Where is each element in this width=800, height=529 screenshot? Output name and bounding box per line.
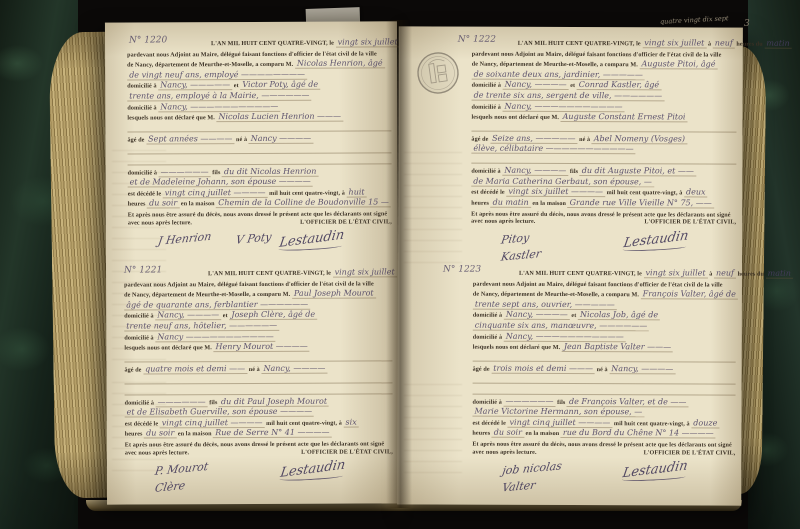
declarant-signature: Clère (154, 477, 209, 495)
signatures-row: job nicolasValterLestaudin (472, 462, 735, 493)
ruled-blank-line (473, 383, 736, 395)
handwritten-text: Henry Mourot ———— (213, 342, 309, 352)
declarant-signatures: P. MourotClère (155, 462, 209, 492)
death-record-act-1222: N° 1222 L'AN MIL HUIT CENT QUATRE-VINGT,… (471, 36, 737, 263)
printed-text: lesquels nous ont déclaré que M. (124, 345, 213, 351)
declarant-signature: Kastler (500, 247, 542, 264)
register-right-page: N° 1222 L'AN MIL HUIT CENT QUATRE-VINGT,… (397, 26, 743, 505)
printed-text: avec nous après lecture. (128, 218, 192, 229)
printed-text: heures du (736, 272, 766, 278)
printed-text: lesquels nous ont déclaré que M. (472, 115, 561, 121)
printed-text: âgé de (473, 367, 492, 373)
ruled-blank-line (473, 372, 736, 384)
ruled-blank-line (471, 120, 736, 132)
act-body: L'AN MIL HUIT CENT QUATRE-VINGT, le ving… (127, 35, 392, 228)
ruled-blank-line (471, 153, 736, 165)
folio-number: 3 (744, 19, 750, 29)
form-line: lesquels nous ont déclaré que M. Jean Ba… (473, 340, 736, 352)
handwritten-text: Sept années ———— (146, 134, 234, 144)
handwritten-text: élève, célibataire ——————————— (471, 144, 635, 155)
form-line: heures du matin en la maison Grande rue … (471, 196, 736, 208)
form-line: avec nous après lecture.L'OFFICIER DE L'… (128, 217, 392, 229)
handwritten-text: Nancy, ———— (261, 364, 327, 374)
form-line: est décédé le vingt six juillet ———— mil… (471, 185, 736, 197)
printed-text: né à (234, 137, 248, 143)
form-line: avec nous après lecture.L'OFFICIER DE L'… (471, 217, 736, 229)
officer-signature: Lestaudin (622, 228, 690, 254)
form-line: avec nous après lecture.L'OFFICIER DE L'… (125, 447, 393, 459)
printed-text: avec nous après lecture. (125, 448, 189, 459)
printed-text: lesquels nous ont déclaré que M. (473, 345, 562, 351)
handwritten-text: six (344, 417, 359, 427)
signatures-row: P. MourotClèreLestaudin (125, 462, 393, 493)
printed-text: L'OFFICIER DE L'ÉTAT CIVIL, (300, 217, 392, 228)
form-line: de Nancy, département de Meurthe-et-Mose… (473, 287, 736, 299)
printed-text: heures du (735, 42, 765, 48)
register-left-page: N° 1220 L'AN MIL HUIT CENT QUATRE-VINGT,… (105, 21, 399, 504)
form-line: élève, célibataire ——————————— (471, 142, 736, 154)
act-number: N° 1220 (129, 35, 167, 45)
printed-text: L'OFFICIER DE L'ÉTAT CIVIL, (644, 217, 736, 228)
act-number: N° 1221 (124, 265, 162, 275)
printed-text: né à (595, 367, 609, 373)
officer-signature: Lestaudin (621, 458, 689, 484)
handwritten-text: François Valter, âgé de (641, 289, 738, 299)
register-book-photo: N° 1220 L'AN MIL HUIT CENT QUATRE-VINGT,… (0, 0, 800, 529)
printed-text: né à (247, 367, 261, 373)
printed-text: lesquels nous ont déclaré que M. (127, 115, 216, 121)
form-line: est décédé le vingt cinq juillet ———— mi… (125, 415, 393, 427)
form-line: domicilié à Nancy, ———— fils du dit Augu… (471, 164, 736, 176)
form-line: avec nous après lecture.L'OFFICIER DE L'… (472, 447, 735, 459)
embossed-seal-icon (413, 47, 463, 99)
printed-text: L'OFFICIER DE L'ÉTAT CIVIL, (301, 447, 393, 458)
handwritten-text: Nicolas Henrion, âgé (295, 59, 385, 69)
handwritten-text: Nicolas Lucien Henrion ——— (216, 112, 343, 123)
declarant-signature: J Henrion (157, 230, 212, 248)
act-number: N° 1222 (458, 35, 496, 45)
declarant-signatures: J HenrionV Poty (158, 232, 271, 245)
form-line: de Nancy, département de Meurthe-et-Mose… (472, 57, 737, 69)
handwritten-text: Nancy ———— (249, 134, 314, 144)
act-number: N° 1223 (443, 265, 481, 275)
declarant-signature: job nicolas (501, 459, 563, 477)
form-line: Marie Victorine Hermann, son épouse, — (472, 405, 735, 417)
ruled-blank-line (473, 350, 736, 362)
declarant-signature: Valter (501, 476, 563, 494)
declarant-signature: Pitoy (500, 230, 542, 247)
signatures-row: J HenrionV PotyLestaudin (128, 232, 392, 251)
act-body: L'AN MIL HUIT CENT QUATRE-VINGT, le ving… (471, 36, 737, 229)
printed-text: avec nous après lecture. (472, 447, 536, 458)
form-line: âgé de trois mois et demi ——— né à Nancy… (473, 362, 736, 374)
signatures-row: PitoyKastlerLestaudin (471, 231, 736, 262)
death-record-act-1223: N° 1223 L'AN MIL HUIT CENT QUATRE-VINGT,… (472, 266, 736, 493)
form-line: de Nancy, département de Meurthe-et-Mose… (124, 287, 392, 299)
handwritten-text: Auguste Constant Ernest Pitoi (561, 112, 688, 122)
form-line: lesquels nous ont déclaré que M. Auguste… (472, 110, 737, 122)
pencil-annotation: quatre vingt dix sept (660, 14, 729, 26)
handwritten-text: trois mois et demi ——— (491, 364, 595, 374)
handwritten-text: Auguste Pitoi, âgé (639, 59, 717, 69)
declarant-signature: P. Mourot (154, 460, 209, 478)
printed-text: L'OFFICIER DE L'ÉTAT CIVIL, (644, 448, 736, 459)
death-record-act-1221: N° 1221 L'AN MIL HUIT CENT QUATRE-VINGT,… (124, 265, 393, 492)
handwritten-text: matin (766, 269, 793, 279)
form-line: de trente six ans, sergent de ville, ———… (472, 89, 737, 101)
printed-text: âgé de (124, 367, 143, 373)
officer-signature: Lestaudin (278, 228, 346, 255)
handwritten-text: Nancy, ———— (609, 364, 675, 374)
death-record-act-1220: N° 1220 L'AN MIL HUIT CENT QUATRE-VINGT,… (127, 35, 392, 250)
form-line: L'AN MIL HUIT CENT QUATRE-VINGT, le ving… (124, 265, 392, 277)
printed-text: avec nous après lecture. (471, 217, 535, 228)
declarant-signatures: job nicolasValter (502, 462, 562, 492)
officer-signature: Lestaudin (279, 458, 347, 485)
act-body: L'AN MIL HUIT CENT QUATRE-VINGT, le ving… (472, 266, 736, 459)
printed-text: âgé de (127, 137, 146, 143)
act-body: L'AN MIL HUIT CENT QUATRE-VINGT, le ving… (124, 265, 393, 458)
handwritten-text: matin (764, 39, 791, 49)
handwritten-text: quatre mois et demi —— (143, 364, 247, 374)
form-line: cinquante six ans, manœuvre, —————— (473, 319, 736, 331)
form-line: de Nancy, département de Meurthe-et-Mose… (127, 57, 391, 69)
handwritten-text: Jean Baptiste Valter ——— (562, 342, 673, 352)
declarant-signatures: PitoyKastler (501, 231, 541, 261)
declarant-signature: V Poty (235, 230, 273, 247)
